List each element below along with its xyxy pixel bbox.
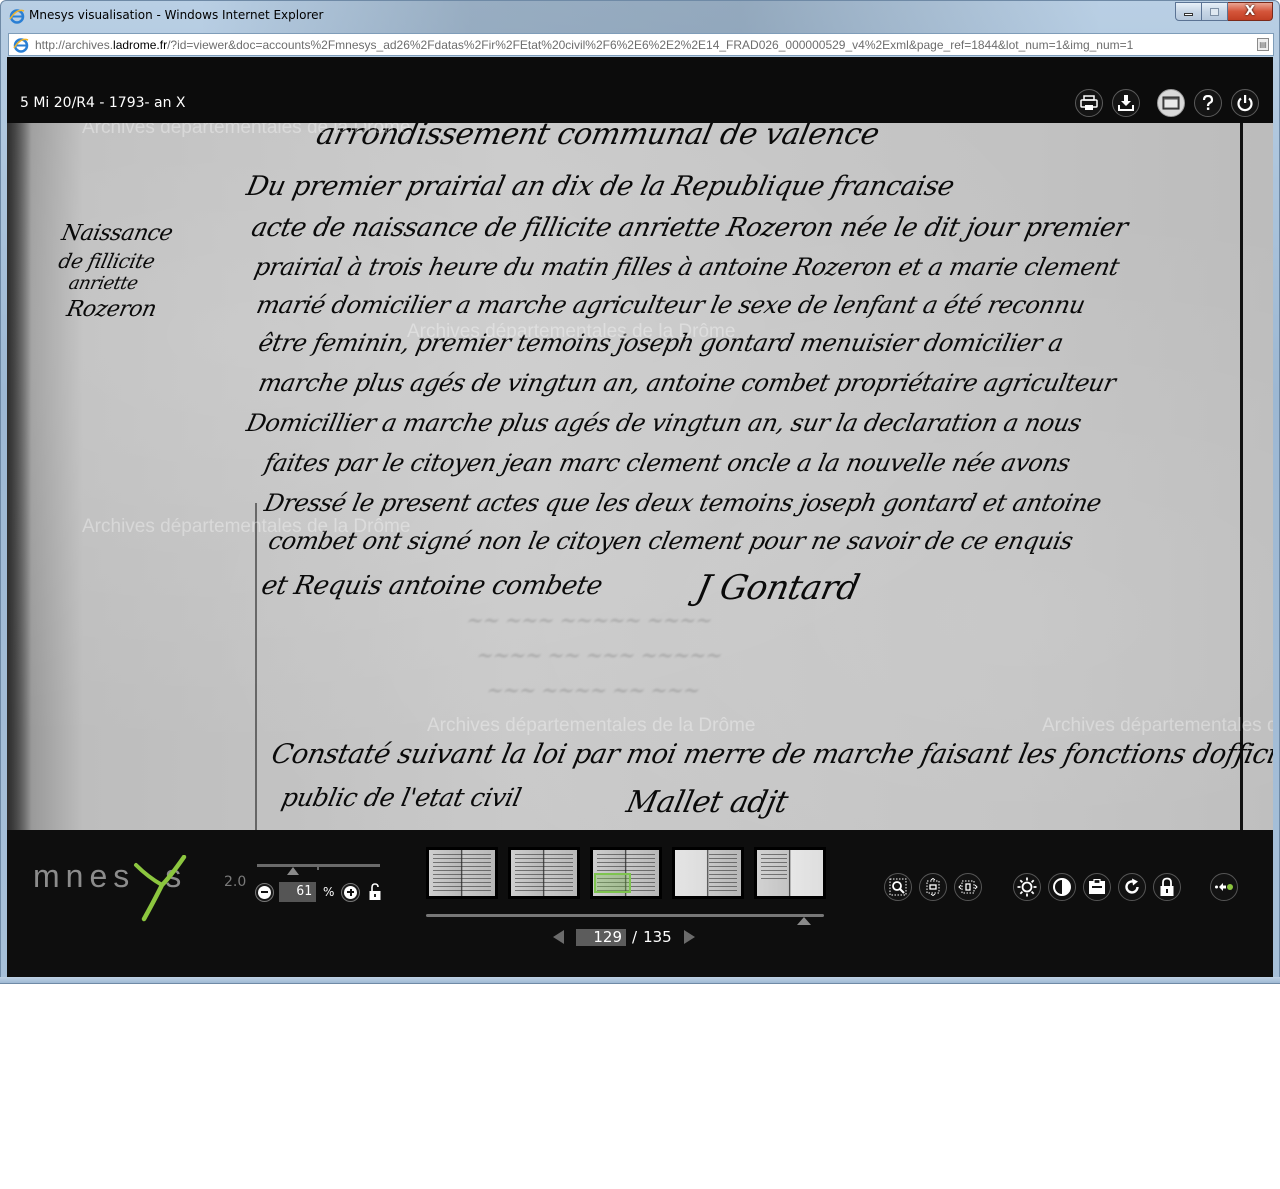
thumbnail-strip [426,847,826,899]
download-icon [1117,94,1135,112]
next-page-button[interactable] [684,930,695,944]
watermark: Archives départementales de la Drôme [1042,715,1273,737]
compatibility-view-icon[interactable]: ▤ [1257,38,1269,51]
page-navigator: 129 / 135 [553,928,695,946]
viewer-control-bar: mness 2.0 61 % [7,830,1273,977]
thumbnail-3-current[interactable] [590,847,662,899]
minimize-button[interactable] [1175,2,1202,21]
thumbnail-scrollbar[interactable] [426,914,824,917]
mnesys-logo: mness 2.0 [33,858,187,895]
fit-height-icon [924,878,942,896]
current-page-input[interactable]: 129 [576,929,626,946]
invert-button[interactable] [1083,873,1111,901]
page-favicon-icon [13,37,29,53]
window-icon [1162,96,1180,110]
window-bottom-border [0,977,1280,984]
maximize-button[interactable] [1202,2,1228,21]
doc-closing-line-2: public de l'etat civil [279,783,524,812]
thumbnail-5[interactable] [754,847,826,899]
doc-line-2: acte de naissance de fillicite anriette … [249,213,1130,243]
thumbnail-image [757,850,823,896]
doc-line-1: Du premier prairial an dix de la Republi… [244,171,957,202]
url-text[interactable]: http://archives.ladrome.fr/?id=viewer&do… [35,38,1133,52]
zoom-slider-tick [317,867,319,870]
bleed-through-text: ~~~~ ~~ ~~~ ~~~~~ [474,643,724,667]
contrast-button[interactable] [1048,873,1076,901]
bleed-through-text: ~~ ~~~ ~~~~~ ~~~~ [464,608,714,632]
fit-height-button[interactable] [919,873,947,901]
zoom-out-button[interactable] [255,883,274,902]
print-button[interactable] [1075,89,1103,117]
doc-signature: J Gontard [693,568,863,608]
zoom-level-input[interactable]: 61 [279,882,316,902]
doc-line-7: Domicillier a marche plus agés de vingtu… [244,409,1084,437]
close-icon: X [1245,4,1255,19]
logo-text-left: mnes [33,858,135,894]
doc-line-9: Dressé le present actes que les deux tem… [262,489,1104,517]
thumbnail-4[interactable] [672,847,744,899]
brightness-icon [1017,877,1037,897]
bleed-through-text: ~~~ ~~~~ ~~ ~~~ [484,678,702,702]
address-bar[interactable]: http://archives.ladrome.fr/?id=viewer&do… [8,33,1274,56]
fit-width-icon [958,878,978,896]
top-actions [1075,89,1259,117]
zoom-slider[interactable] [257,864,380,867]
page-separator: / [632,928,637,946]
watermark: Archives départementales de la Drôme [82,516,410,538]
zoom-unit: % [323,885,334,899]
window-title: Mnesys visualisation - Windows Internet … [29,8,323,22]
unlock-zoom-icon[interactable] [369,883,381,901]
minimize-icon [1184,13,1193,16]
lock-button[interactable] [1153,873,1181,901]
zoom-controls: 61 % [255,882,381,902]
document-image[interactable]: arrondissement communal de valence Naiss… [7,123,1273,830]
mnesys-viewer: arrondissement communal de valence Naiss… [7,57,1273,977]
url-domain: ladrome.fr [113,38,167,52]
maximize-icon [1210,8,1219,16]
margin-note-1: Naissance [59,221,174,246]
previous-page-button[interactable] [553,930,564,944]
logo-y-glyph-icon [132,855,192,923]
view-tools [884,873,982,901]
title-bar[interactable]: Mnesys visualisation - Windows Internet … [1,1,1279,31]
minus-icon [258,886,271,899]
invert-icon [1088,879,1106,895]
doc-closing-signature: Mallet adjt [623,785,791,820]
rotate-icon [1123,878,1141,896]
doc-line-4: marié domicilier a marche agriculteur le… [254,291,1087,319]
power-icon [1236,94,1254,112]
thumbnail-image [511,850,577,896]
hide-panel-button[interactable] [1210,873,1238,901]
thumbnail-image [675,850,741,896]
collapse-arrow-icon [1214,881,1234,893]
question-icon [1202,95,1214,111]
margin-note-3: anriette [67,273,140,294]
close-window-button[interactable]: X [1228,2,1273,21]
document-title: 5 Mi 20/R4 - 1793- an X [20,95,186,111]
url-path: /?id=viewer&doc=accounts%2Fmnesys_ad26%2… [167,38,1133,52]
contrast-icon [1052,877,1072,897]
fit-width-button[interactable] [954,873,982,901]
help-button[interactable] [1194,89,1222,117]
brightness-button[interactable] [1013,873,1041,901]
doc-closing-line-1: Constaté suivant la loi par moi merre de… [269,739,1273,770]
url-prefix: http://archives. [35,38,113,52]
zoom-in-button[interactable] [341,883,360,902]
margin-note-4: Rozeron [64,297,158,322]
panel-tools [1210,873,1238,901]
watermark: Archives départementales de la Drôme [407,321,735,343]
download-button[interactable] [1112,89,1140,117]
margin-note-2: de fillicite [56,249,157,273]
logo-version: 2.0 [224,874,246,890]
doc-line-11: et Requis antoine combete [259,571,605,601]
printer-icon [1080,95,1098,111]
doc-line-3: prairial à trois heure du matin filles à… [252,253,1122,281]
zoom-selection-icon [889,878,907,896]
watermark: Archives départementales de la Drôme [427,715,755,737]
fullscreen-button[interactable] [1157,89,1185,117]
zoom-slider-thumb[interactable] [287,867,299,875]
doc-line-8: faites par le citoyen jean marc clement … [262,449,1072,477]
viewer-header: 5 Mi 20/R4 - 1793- an X [7,57,1273,123]
total-pages: 135 [643,928,672,946]
thumbnail-image [593,850,659,896]
thumbnail-viewport-indicator[interactable] [594,873,631,893]
doc-line-6: marche plus agés de vingtun an, antoine … [256,369,1118,397]
thumbnail-1[interactable] [426,847,498,899]
close-viewer-button[interactable] [1231,89,1259,117]
thumbnail-image [429,850,495,896]
rotate-button[interactable] [1118,873,1146,901]
lock-icon [1159,877,1175,897]
ie-logo-icon [9,8,25,24]
window-controls: X [1175,2,1273,21]
plus-icon [344,886,357,899]
zoom-selection-button[interactable] [884,873,912,901]
thumbnail-2[interactable] [508,847,580,899]
left-margin-line [255,503,257,830]
page-edge-shadow [7,123,31,830]
image-tools [1013,873,1181,901]
watermark: Archives départementales de la Drôme [82,123,410,139]
thumbnail-scroll-thumb[interactable] [797,917,811,925]
